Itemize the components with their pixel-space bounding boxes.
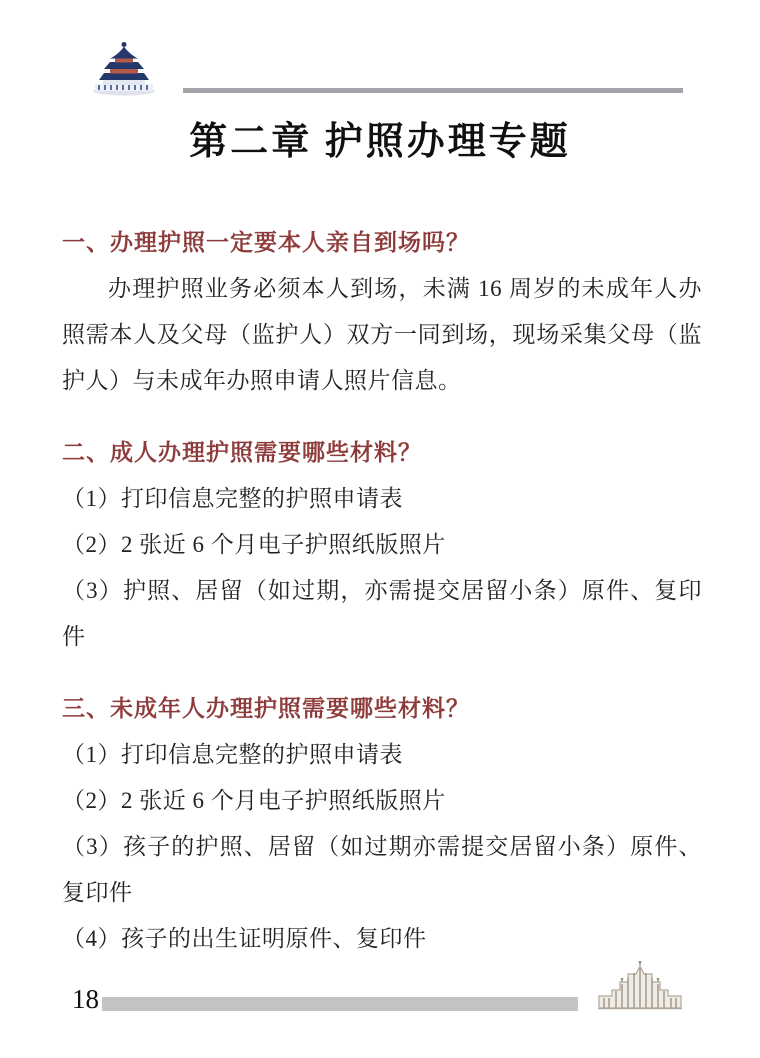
document-page: 第二章 护照办理专题 一、办理护照一定要本人亲自到场吗？ 办理护照业务必须本人到… [0, 0, 760, 1058]
section-3-item-2: （2）2 张近 6 个月电子护照纸版照片 [62, 778, 702, 824]
section-3-item-3: （3）孩子的护照、居留（如过期亦需提交居留小条）原件、复印件 [62, 824, 702, 916]
document-body: 一、办理护照一定要本人亲自到场吗？ 办理护照业务必须本人到场，未满 16 周岁的… [62, 220, 702, 988]
section-3-item-1: （1）打印信息完整的护照申请表 [62, 732, 702, 778]
section-2-item-3: （3）护照、居留（如过期，亦需提交居留小条）原件、复印件 [62, 568, 702, 660]
footer-rule [102, 997, 578, 1011]
section-2-item-1: （1）打印信息完整的护照申请表 [62, 476, 702, 522]
section-minor-materials: 三、未成年人办理护照需要哪些材料？ （1）打印信息完整的护照申请表 （2）2 张… [62, 686, 702, 962]
temple-of-heaven-icon [90, 40, 158, 96]
section-attendance: 一、办理护照一定要本人亲自到场吗？ 办理护照业务必须本人到场，未满 16 周岁的… [62, 220, 702, 404]
section-1-paragraph: 办理护照业务必须本人到场，未满 16 周岁的未成年人办照需本人及父母（监护人）双… [62, 266, 702, 404]
section-3-heading: 三、未成年人办理护照需要哪些材料？ [62, 686, 702, 732]
page-number: 18 [72, 984, 99, 1014]
section-2-heading: 二、成人办理护照需要哪些材料？ [62, 430, 702, 476]
section-1-heading: 一、办理护照一定要本人亲自到场吗？ [62, 220, 702, 266]
cathedral-sketch-icon [596, 960, 684, 1012]
chapter-title: 第二章 护照办理专题 [0, 110, 760, 165]
section-2-item-2: （2）2 张近 6 个月电子护照纸版照片 [62, 522, 702, 568]
section-adult-materials: 二、成人办理护照需要哪些材料？ （1）打印信息完整的护照申请表 （2）2 张近 … [62, 430, 702, 660]
header-rule [183, 88, 683, 93]
section-3-item-4: （4）孩子的出生证明原件、复印件 [62, 916, 702, 962]
